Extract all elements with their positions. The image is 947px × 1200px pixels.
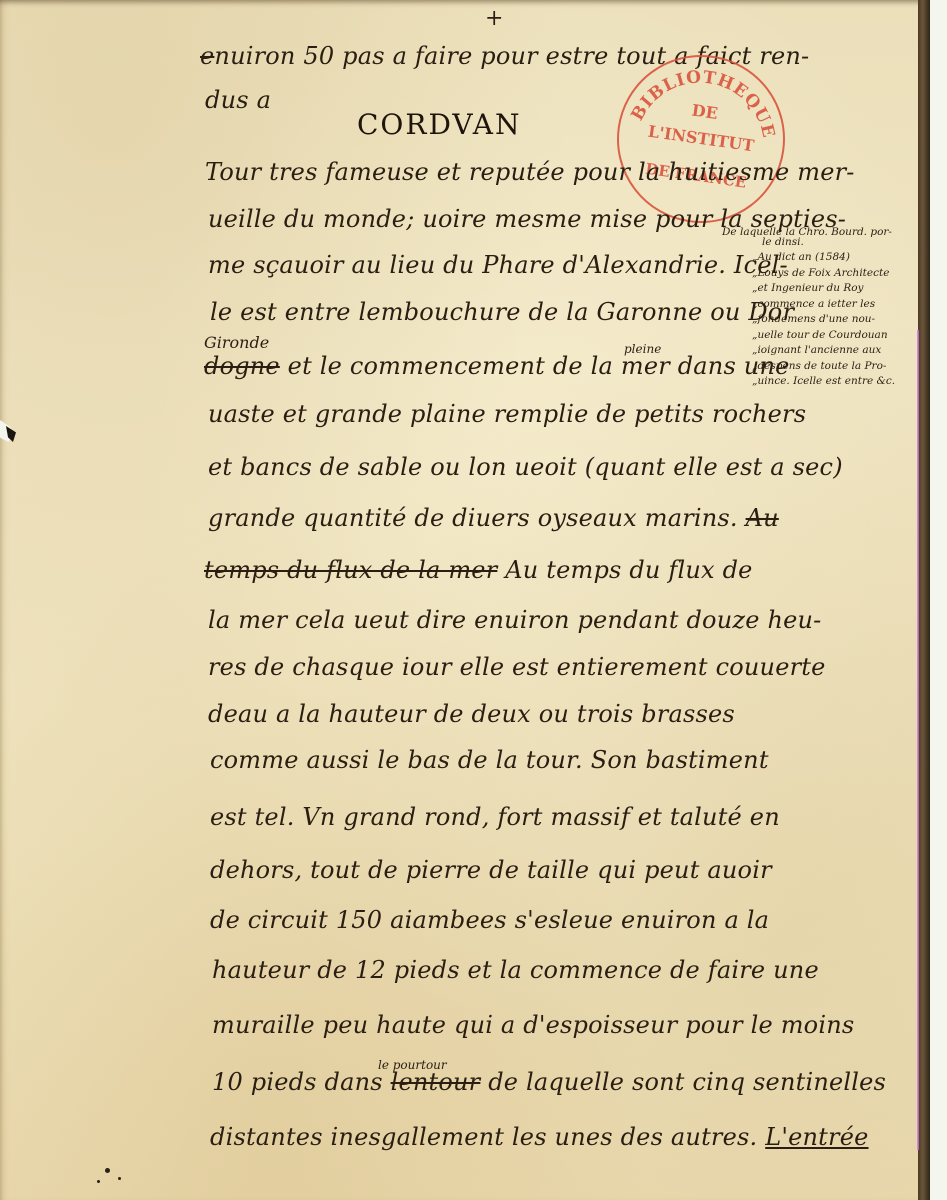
line-text: et bancs de sable ou lon ueoit (quant el… [208, 453, 843, 481]
ink-speck [97, 1180, 100, 1183]
line-text: de circuit 150 aiambees s'esleue enuiron… [210, 906, 769, 934]
interlinear-pleine: pleine [624, 342, 661, 356]
text-line-13: res de chasque iour elle est entierement… [208, 655, 826, 679]
line-text: la mer cela ueut dire enuiron pendant do… [208, 606, 821, 634]
ink-speck [118, 1177, 121, 1180]
line-text: de laquelle sont cinq sentinelles [480, 1068, 886, 1096]
struck-text: lentour [391, 1068, 481, 1096]
line-text: deau a la hauteur de deux ou trois brass… [208, 700, 735, 728]
margin-line: „fondemens d'une nou- [722, 312, 922, 328]
line-text: muraille peu haute qui a d'espoisseur po… [212, 1011, 854, 1039]
text-line-14: deau a la hauteur de deux ou trois brass… [208, 702, 735, 726]
text-line-5: me sçauoir au lieu du Phare d'Alexandrie… [208, 253, 788, 277]
margin-line: „et Ingenieur du Roy [722, 281, 922, 297]
struck-text: L'entrée [765, 1123, 868, 1151]
text-line-18: de circuit 150 aiambees s'esleue enuiron… [210, 908, 769, 932]
margin-line: „uince. Icelle est entre &c. [722, 374, 922, 390]
page-title: CORDVAN [357, 108, 521, 141]
ink-speck [105, 1168, 110, 1173]
page-edge-highlight [917, 330, 919, 1150]
text-line-10: grande quantité de diuers oyseaux marins… [208, 506, 779, 530]
text-line-21: 10 pieds dans lentour de laquelle sont c… [212, 1070, 886, 1094]
text-line-16: est tel. Vn grand rond, fort massif et t… [210, 805, 780, 829]
folio-mark: + [485, 6, 503, 31]
line-text: res de chasque iour elle est entierement… [208, 653, 826, 681]
struck-text: temps du flux de la mer [204, 556, 497, 584]
margin-line: „Louys de Foix Architecte [722, 266, 922, 282]
text-line-9: et bancs de sable ou lon ueoit (quant el… [208, 455, 843, 479]
text-line-11: temps du flux de la mer Au temps du flux… [204, 558, 753, 582]
text-line-12: la mer cela ueut dire enuiron pendant do… [208, 608, 821, 632]
line-text: comme aussi le bas de la tour. Son basti… [210, 746, 769, 774]
line-text: uaste et grande plaine remplie de petits… [208, 400, 806, 428]
line-text: le est entre lembouchure de la Garonne o… [210, 298, 794, 326]
line-text: me sçauoir au lieu du Phare d'Alexandrie… [208, 251, 788, 279]
line-text: dus a [205, 86, 271, 114]
margin-annotation: De laquelle la Chro. Bourd. por- le dins… [722, 225, 922, 390]
margin-line: „ioignant l'ancienne aux [722, 343, 922, 359]
line-text: Au temps du flux de [497, 556, 752, 584]
line-text: 10 pieds dans [212, 1068, 391, 1096]
line-text: est tel. Vn grand rond, fort massif et t… [210, 803, 780, 831]
line-text: Tour tres fameuse et reputée pour la hui… [205, 158, 855, 186]
text-line-2: dus a [205, 88, 271, 112]
struck-text: e [200, 42, 214, 70]
text-line-7: dogne et le commencement de la mer dans … [204, 354, 790, 378]
text-line-19: hauteur de 12 pieds et la commence de fa… [212, 958, 819, 982]
struck-text: dogne [204, 352, 280, 380]
margin-line: „Au dict an (1584) [722, 250, 922, 266]
page-edge-shadow [918, 0, 930, 1200]
line-text: hauteur de 12 pieds et la commence de fa… [212, 956, 819, 984]
text-line-17: dehors, tout de pierre de taille qui peu… [210, 858, 772, 882]
text-line-22: distantes inesgallement les unes des aut… [210, 1125, 869, 1149]
interlinear-gironde: Gironde [204, 333, 269, 352]
line-text: et le commencement de la mer dans une [280, 352, 790, 380]
line-text: distantes inesgallement les unes des aut… [210, 1123, 765, 1151]
text-line-20: muraille peu haute qui a d'espoisseur po… [212, 1013, 854, 1037]
text-line-6: le est entre lembouchure de la Garonne o… [210, 300, 794, 324]
text-line-8: uaste et grande plaine remplie de petits… [208, 402, 806, 426]
struck-text: Au [746, 504, 779, 532]
margin-line: „despens de toute la Pro- [722, 359, 922, 375]
margin-line: „uelle tour de Courdouan [722, 328, 922, 344]
text-line-15: comme aussi le bas de la tour. Son basti… [210, 748, 769, 772]
margin-line: „commence a ietter les [722, 297, 922, 313]
text-line-3: Tour tres fameuse et reputée pour la hui… [205, 160, 855, 184]
line-text: dehors, tout de pierre de taille qui peu… [210, 856, 772, 884]
line-text: grande quantité de diuers oyseaux marins… [208, 504, 746, 532]
